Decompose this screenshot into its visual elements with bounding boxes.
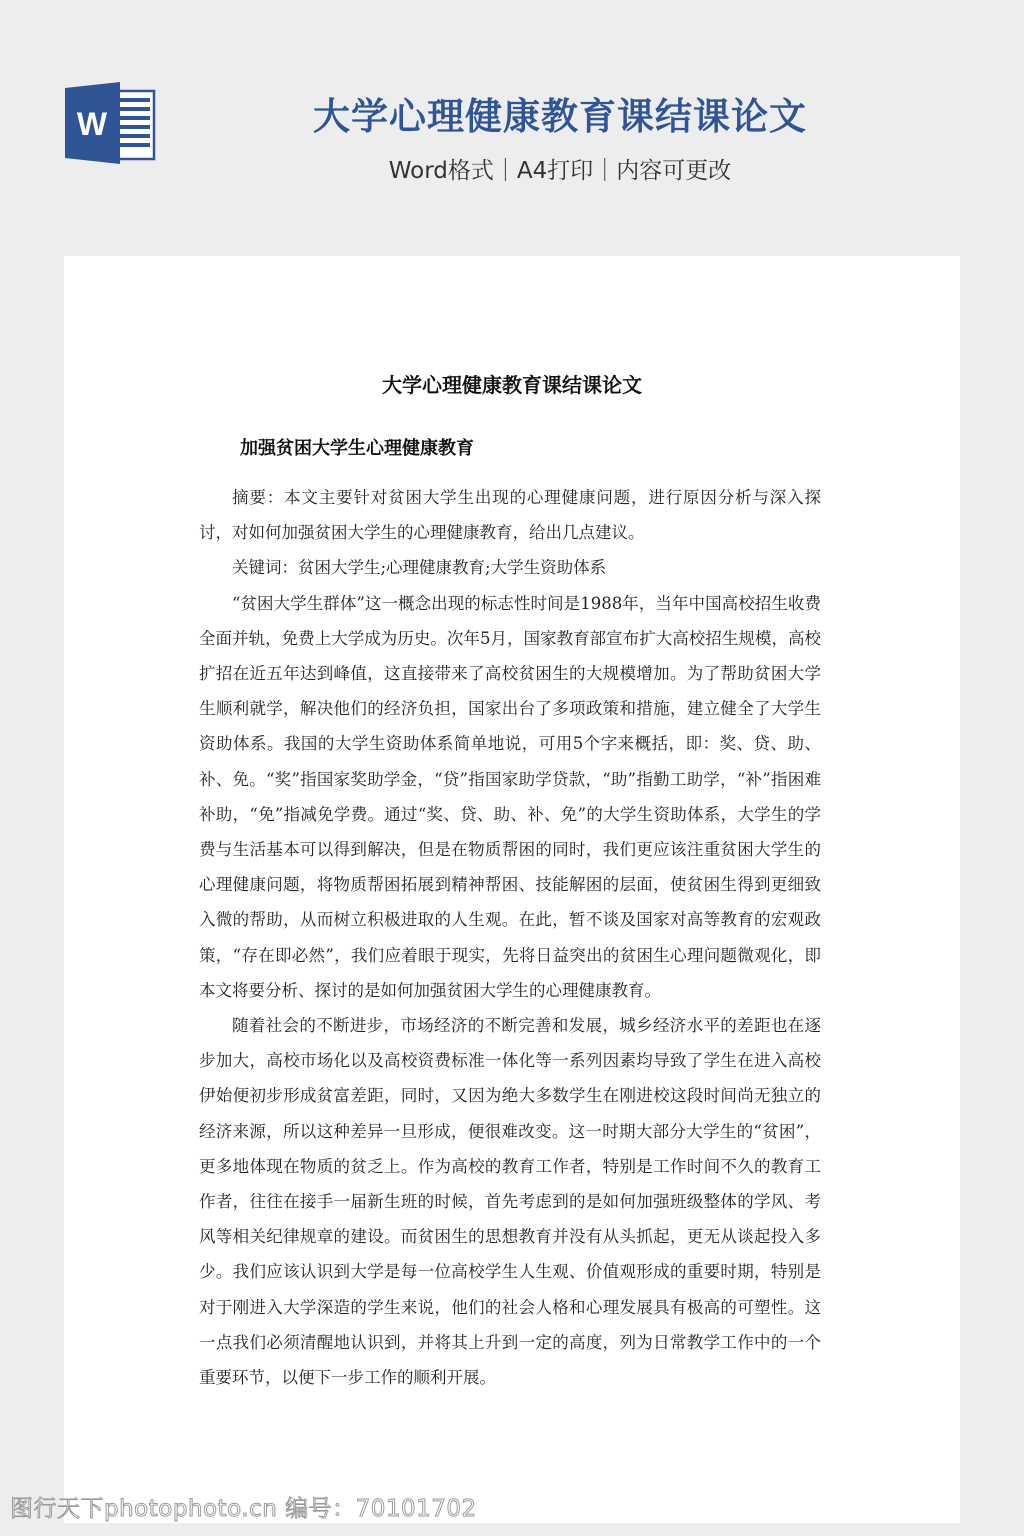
header-title: 大学心理健康教育课结课论文	[280, 92, 840, 142]
svg-text:W: W	[77, 106, 108, 142]
document-subtitle: 加强贫困大学生心理健康教育	[240, 434, 474, 464]
abstract-paragraph: 摘要：本文主要针对贫困大学生出现的心理健康问题，进行原因分析与深入探讨，对如何加…	[199, 480, 821, 550]
header-subtitle: Word格式｜A4打印｜内容可更改	[280, 154, 840, 188]
body-paragraph: “贫困大学生群体”这一概念出现的标志性时间是1988年，当年中国高校招生收费全面…	[199, 586, 821, 1008]
document-body: 摘要：本文主要针对贫困大学生出现的心理健康问题，进行原因分析与深入探讨，对如何加…	[199, 480, 821, 1395]
keywords-paragraph: 关键词：贫困大学生;心理健康教育;大学生资助体系	[199, 550, 821, 585]
word-doc-icon: W	[64, 82, 156, 164]
body-paragraph: 随着社会的不断进步，市场经济的不断完善和发展，城乡经济水平的差距也在逐步加大，高…	[199, 1008, 821, 1395]
watermark-text: 图行天下photophoto.cn 编号：70101702	[10, 1494, 477, 1524]
document-title: 大学心理健康教育课结课论文	[64, 370, 960, 400]
document-page: 大学心理健康教育课结课论文 加强贫困大学生心理健康教育 摘要：本文主要针对贫困大…	[64, 256, 960, 1523]
